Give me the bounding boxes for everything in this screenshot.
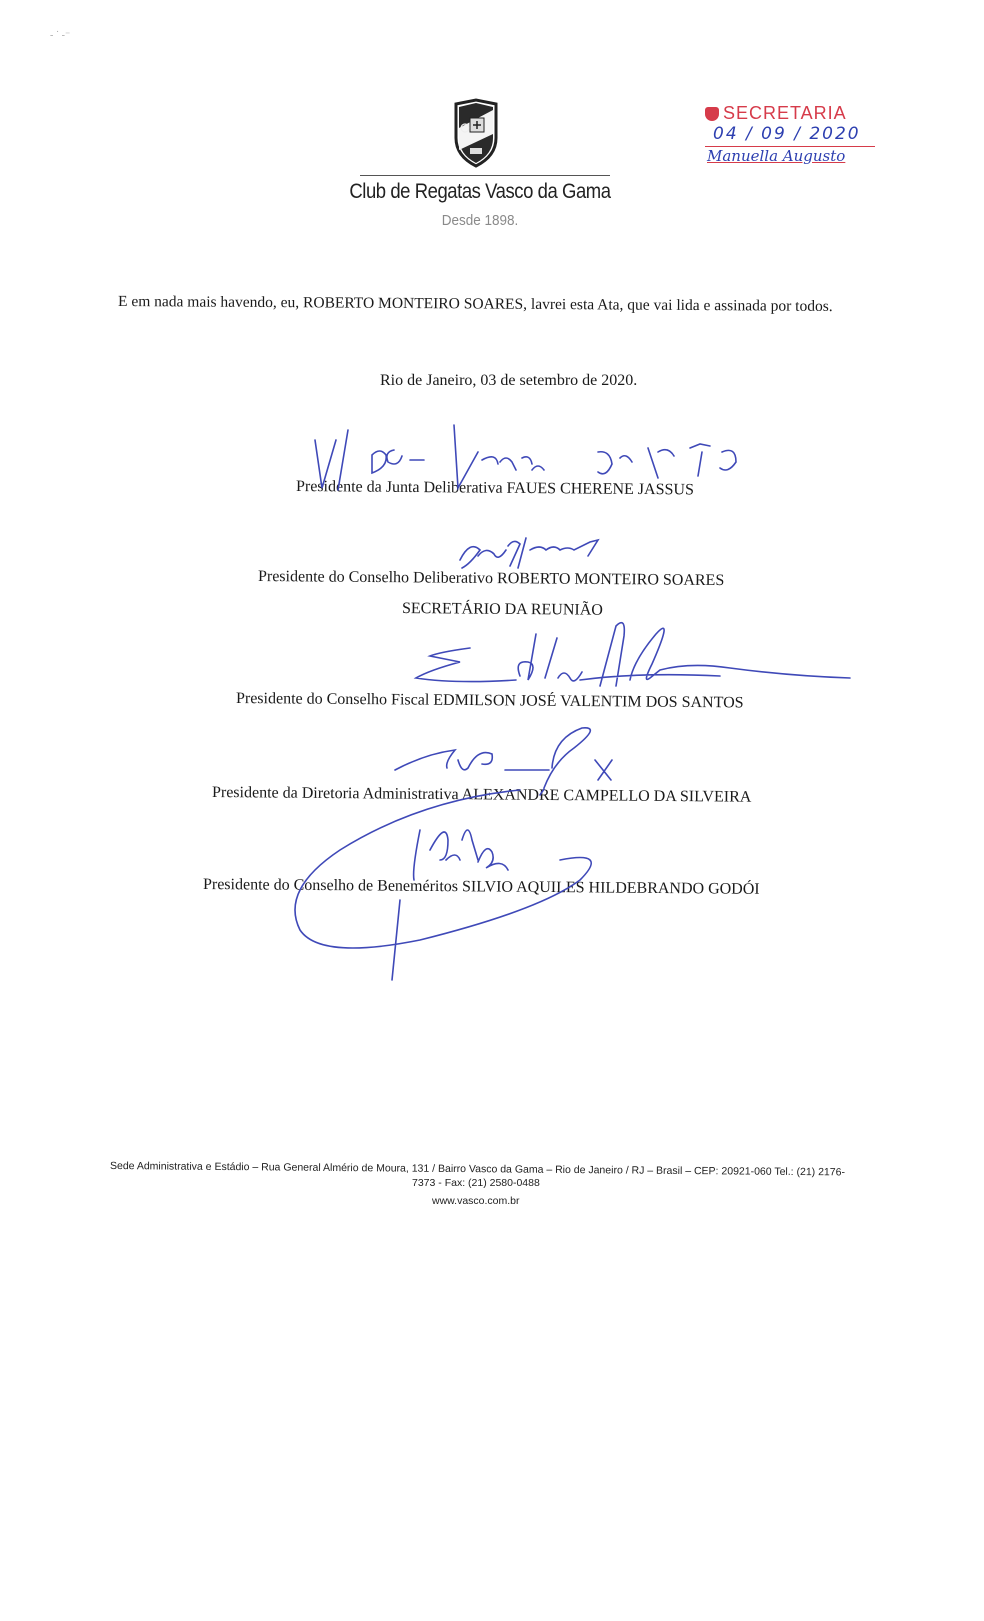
- header-divider: [360, 175, 610, 176]
- footer-website: www.vasco.com.br: [432, 1195, 520, 1207]
- signatory-4: Presidente da Diretoria Administrativa A…: [212, 784, 751, 807]
- signature-3: [416, 623, 850, 686]
- signatory-1: Presidente da Junta Deliberativa FAUES C…: [296, 478, 694, 499]
- secretaria-stamp: SECRETARIA 04 / 09 / 2020 Manuella Augus…: [705, 103, 875, 165]
- signature-2: [460, 538, 598, 568]
- signatory-3: Presidente do Conselho Fiscal EDMILSON J…: [236, 690, 744, 712]
- footer-address: Sede Administrativa e Estádio – Rua Gene…: [110, 1160, 845, 1178]
- scan-artifact: ‐ ˙ ‑⁻: [50, 30, 70, 41]
- club-name: Club de Regatas Vasco da Gama: [322, 180, 639, 204]
- stamp-title: SECRETARIA: [705, 103, 875, 124]
- handwritten-signatures: [0, 0, 984, 1621]
- shield-icon: [705, 107, 719, 121]
- vasco-crest-icon: [452, 98, 500, 168]
- signatory-2: Presidente do Conselho Deliberativo ROBE…: [258, 568, 724, 590]
- stamp-signature: Manuella Augusto: [707, 147, 875, 165]
- signatory-2-subtitle: SECRETÁRIO DA REUNIÃO: [402, 600, 603, 620]
- place-date: Rio de Janeiro, 03 de setembro de 2020.: [380, 372, 637, 390]
- signatory-5: Presidente do Conselho de Beneméritos SI…: [203, 876, 760, 899]
- footer-phone-fax: 7373 - Fax: (21) 2580-0488: [412, 1177, 540, 1189]
- club-founded: Desde 1898.: [390, 212, 570, 229]
- stamp-date: 04 / 09 / 2020: [713, 124, 875, 144]
- closing-paragraph: E em nada mais havendo, eu, ROBERTO MONT…: [118, 293, 833, 316]
